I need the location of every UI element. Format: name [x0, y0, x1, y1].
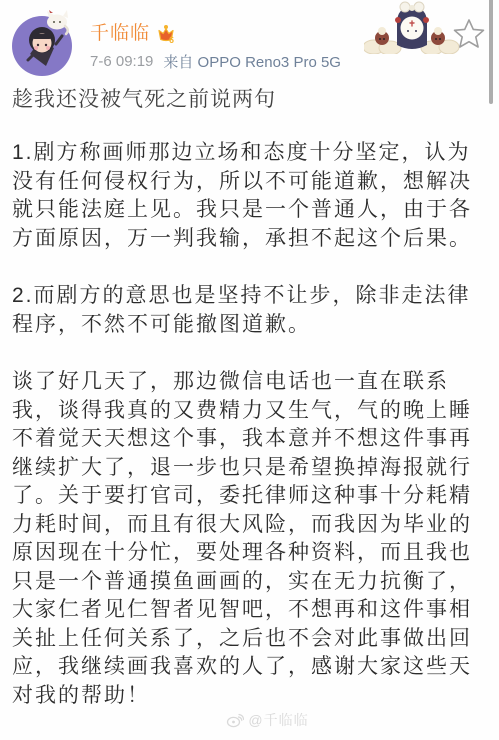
author-name[interactable]: 千临临 — [90, 21, 150, 47]
author-row: 千临临 6 — [90, 21, 176, 47]
weibo-logo-icon — [226, 713, 244, 728]
watermark: @千临临 — [18, 710, 499, 730]
avatar-illustration — [10, 10, 78, 78]
weibo-post-page: 千临临 6 7-6 09:19 来自 OPPO Reno3 Pro 5G — [0, 0, 499, 740]
star-icon — [452, 17, 486, 51]
author-avatar[interactable] — [10, 10, 78, 78]
sheep-characters-illustration — [364, 1, 460, 54]
favorite-star-button[interactable] — [452, 17, 486, 51]
header-decoration — [364, 1, 460, 54]
scrollbar-thumb[interactable] — [489, 0, 493, 104]
watermark-text: @千临临 — [248, 710, 308, 730]
post-paragraph-2: 2.而剧方的意思也是坚持不让步，除非走法律程序，不然不可能撤图道歉。 — [12, 282, 490, 339]
vip-level-number: 6 — [169, 35, 174, 44]
post-paragraph-1: 1.剧方称画师那边立场和态度十分坚定，认为没有任何侵权行为，所以不可能道歉，想解… — [12, 139, 490, 253]
post-source-link[interactable]: 来自 OPPO Reno3 Pro 5G — [163, 51, 341, 72]
post-time: 7-6 09:19 — [90, 53, 153, 70]
post-body: 1.剧方称画师那边立场和态度十分坚定，认为没有任何侵权行为，所以不可能道歉，想解… — [12, 139, 490, 739]
post-title: 趁我还没被气死之前说两句 — [12, 85, 482, 115]
post-paragraph-3: 谈了好几天了，那边微信电话也一直在联系我，谈得我真的又费精力又生气，气的晚上睡不… — [12, 368, 490, 710]
vip-crown-icon: 6 — [156, 24, 176, 44]
post-meta: 7-6 09:19 来自 OPPO Reno3 Pro 5G — [90, 51, 341, 71]
